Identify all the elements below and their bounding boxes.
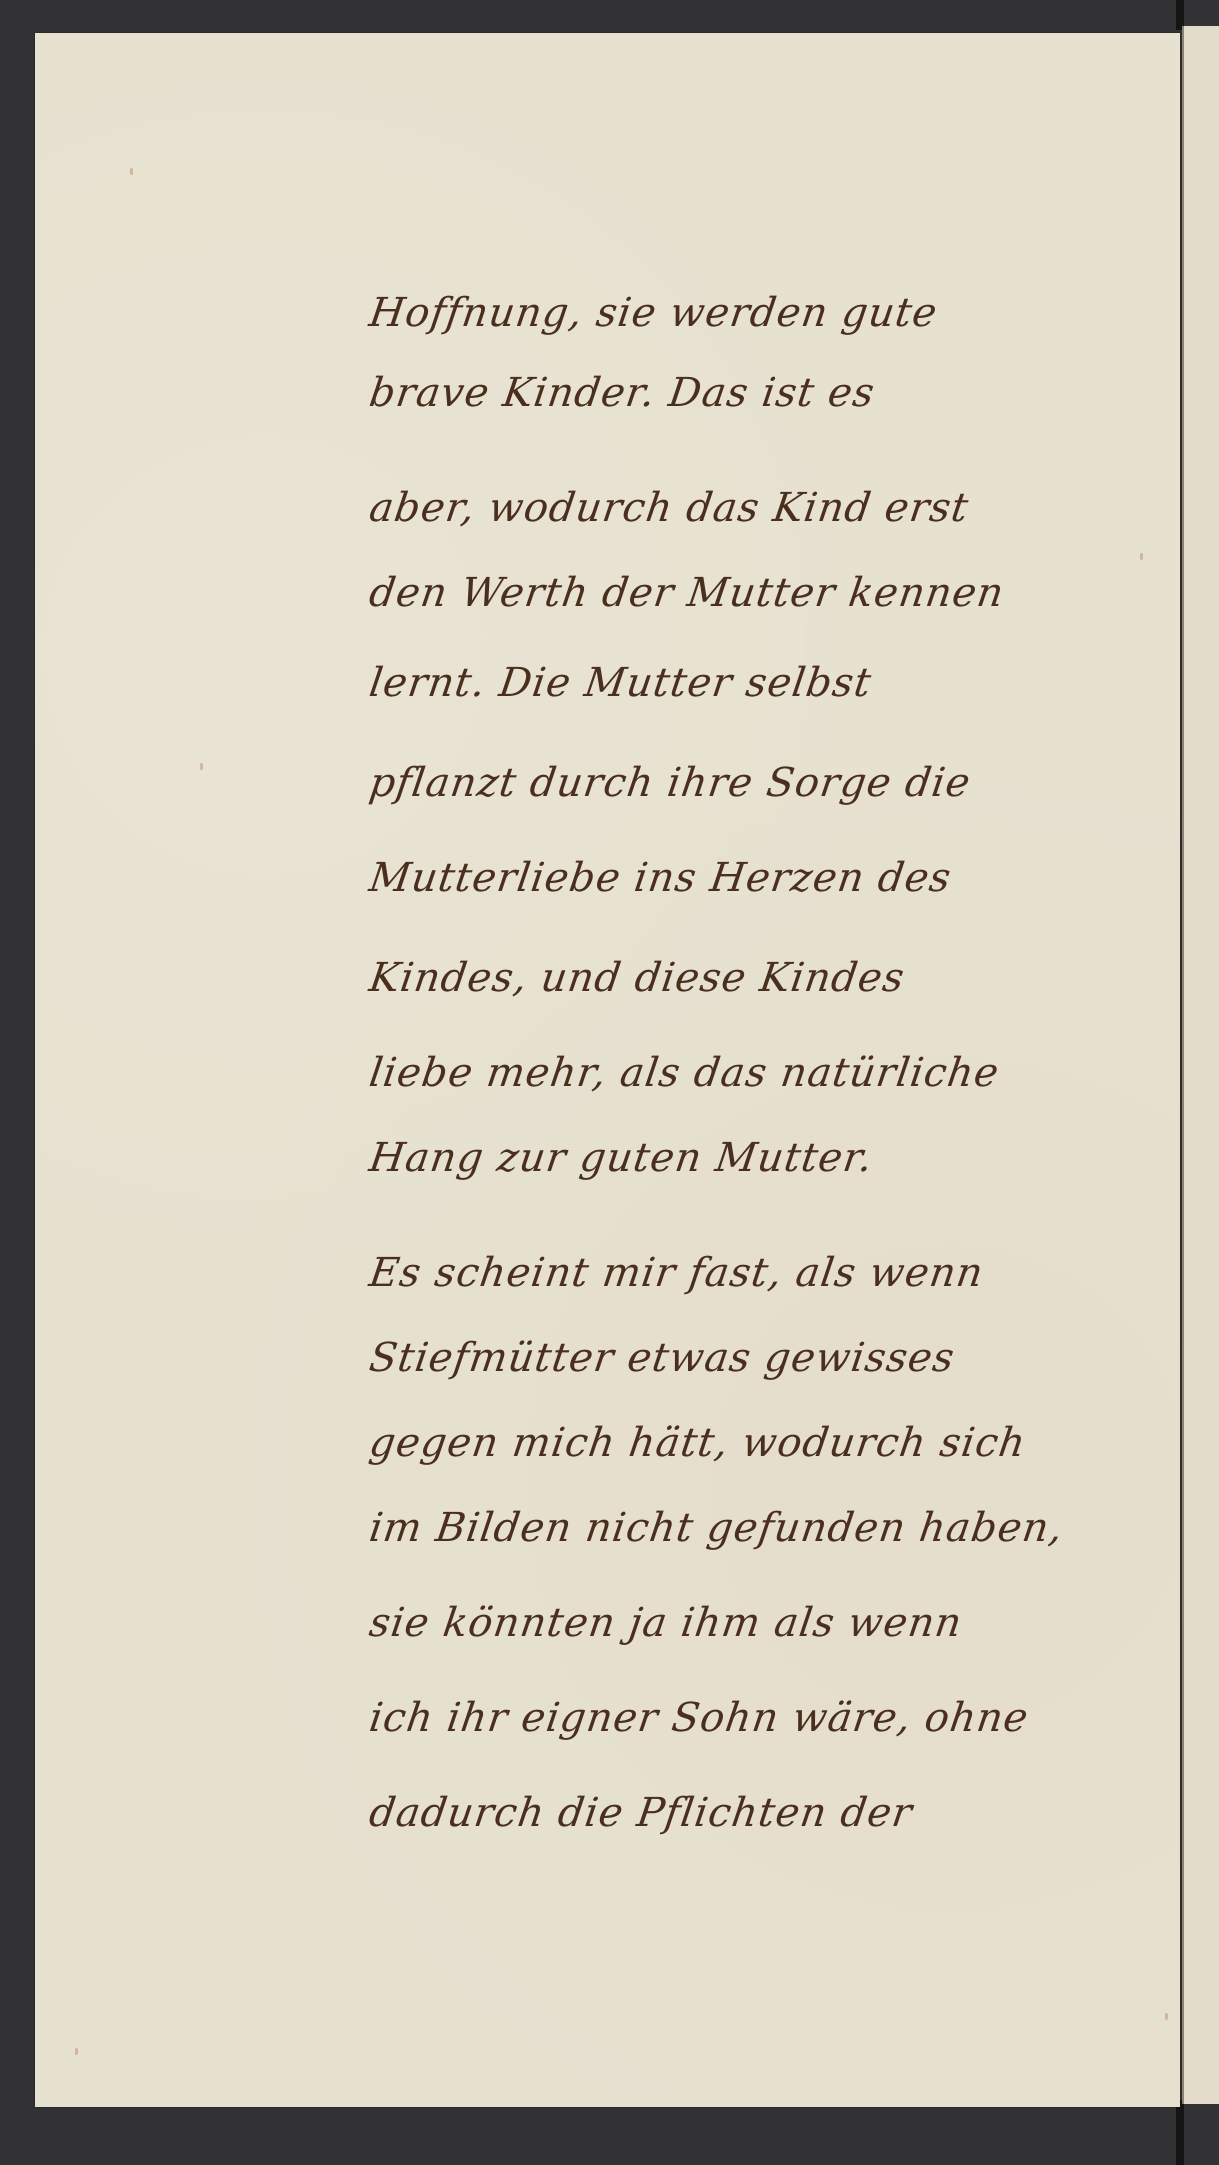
text-line-10: Hang zur guten Mutter. — [363, 1135, 876, 1205]
text-line-12: Stiefmütter etwas gewisses — [363, 1335, 958, 1405]
text-line-13: gegen mich hätt, wodurch sich — [363, 1420, 1029, 1490]
text-line-3: aber, wodurch das Kind erst — [363, 485, 972, 555]
text-line-16: ich ihr eigner Sohn wäre, ohne — [363, 1695, 1032, 1765]
text-line-6: pflanzt durch ihre Sorge die — [363, 760, 974, 830]
text-line-2: brave Kinder. Das ist es — [363, 370, 878, 440]
text-line-17: dadurch die Pflichten der — [363, 1790, 916, 1860]
text-line-14: im Bilden nicht gefunden haben, — [363, 1505, 1066, 1575]
paper-fleck — [75, 2048, 78, 2055]
paper-fleck — [200, 763, 203, 770]
text-line-11: Es scheint mir fast, als wenn — [363, 1250, 987, 1320]
text-line-7: Mutterliebe ins Herzen des — [363, 855, 954, 925]
text-line-4: den Werth der Mutter kennen — [363, 570, 1007, 640]
paper-fleck — [1140, 553, 1143, 560]
text-line-1: Hoffnung, sie werden gute — [363, 290, 940, 360]
paper-fleck — [130, 168, 133, 175]
text-line-15: sie könnten ja ihm als wenn — [363, 1600, 965, 1670]
paper-fleck — [1165, 2013, 1168, 2020]
spine-gap-bottom — [1176, 2100, 1184, 2165]
text-line-8: Kindes, und diese Kindes — [363, 955, 908, 1025]
facing-page-edge — [1182, 26, 1219, 2104]
text-line-5: lernt. Die Mutter selbst — [363, 660, 875, 730]
text-line-9: liebe mehr, als das natürliche — [363, 1050, 1002, 1120]
